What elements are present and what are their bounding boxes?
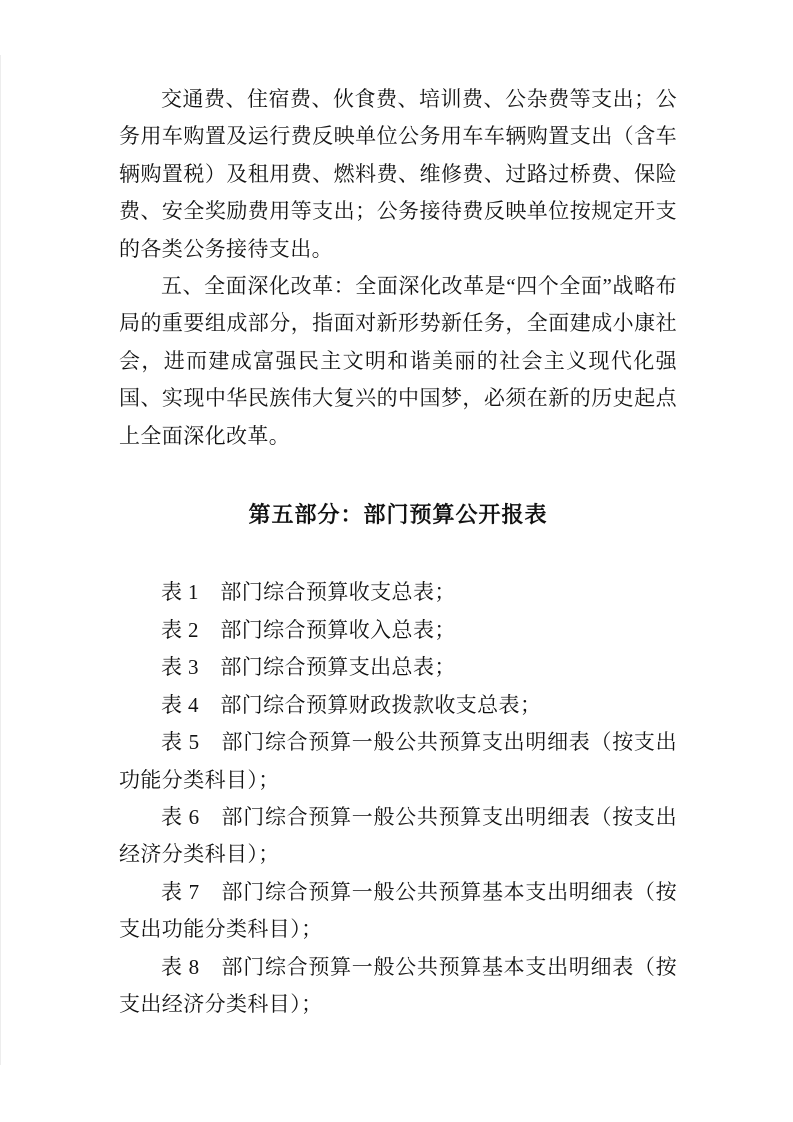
paragraph-reform: 五、全面深化改革：全面深化改革是“四个全面”战略布局的重要组成部分，指面对新形势… xyxy=(119,268,677,455)
table-list-item-5: 表 5 部门综合预算一般公共预算支出明细表（按支出功能分类科目）； xyxy=(119,724,677,799)
table-list-item-7: 表 7 部门综合预算一般公共预算基本支出明细表（按支出功能分类科目）； xyxy=(119,874,677,949)
section-heading: 第五部分：部门预算公开报表 xyxy=(119,496,677,533)
scan-edge-line xyxy=(0,55,1,1065)
table-list-item-1: 表 1 部门综合预算收支总表； xyxy=(119,574,677,611)
table-list-item-3: 表 3 部门综合预算支出总表； xyxy=(119,649,677,686)
document-content: 交通费、住宿费、伙食费、培训费、公杂费等支出；公务用车购置及运行费反映单位公务用… xyxy=(119,81,677,1023)
table-list-item-4: 表 4 部门综合预算财政拨款收支总表； xyxy=(119,687,677,724)
table-list-item-6: 表 6 部门综合预算一般公共预算支出明细表（按支出经济分类科目）； xyxy=(119,799,677,874)
table-list-item-2: 表 2 部门综合预算收入总表； xyxy=(119,612,677,649)
paragraph-expense-description: 交通费、住宿费、伙食费、培训费、公杂费等支出；公务用车购置及运行费反映单位公务用… xyxy=(119,81,677,268)
table-list-item-8: 表 8 部门综合预算一般公共预算基本支出明细表（按支出经济分类科目）； xyxy=(119,949,677,1024)
table-list: 表 1 部门综合预算收支总表； 表 2 部门综合预算收入总表； 表 3 部门综合… xyxy=(119,574,677,1023)
document-page: 交通费、住宿费、伙食费、培训费、公杂费等支出；公务用车购置及运行费反映单位公务用… xyxy=(0,0,793,1122)
